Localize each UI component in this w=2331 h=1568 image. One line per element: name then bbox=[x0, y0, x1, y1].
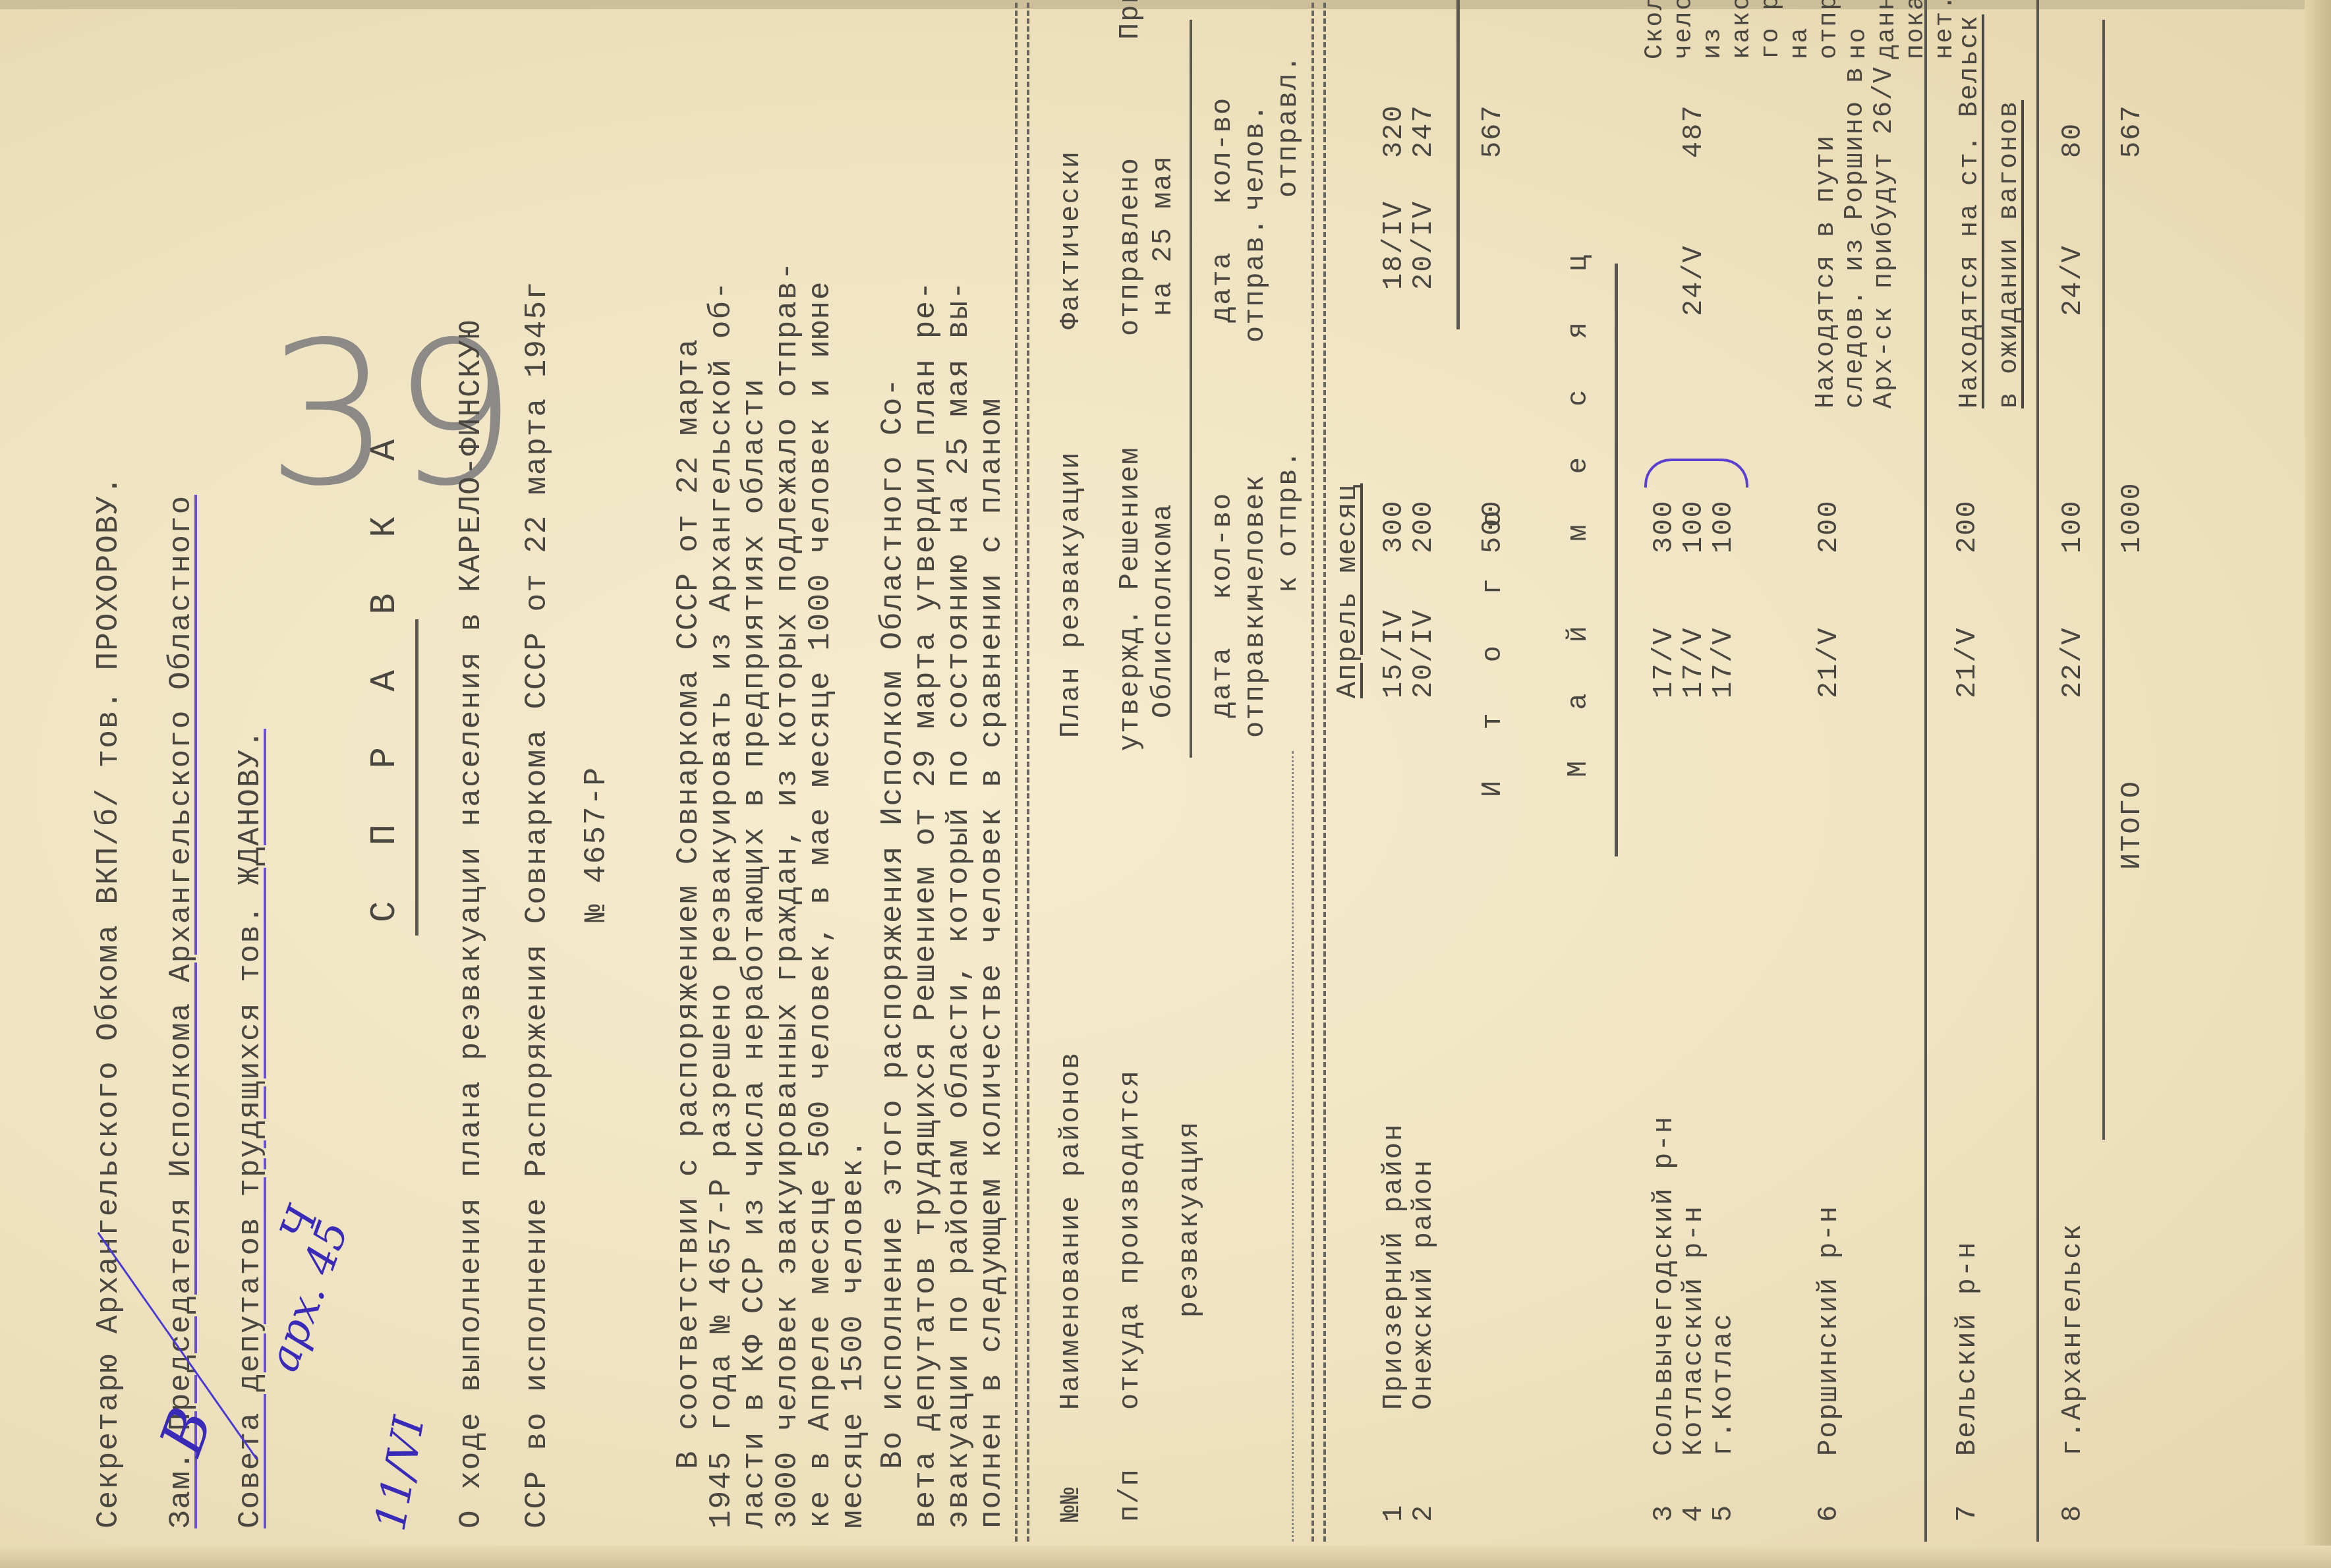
may-row-6-num: 6 bbox=[1812, 1504, 1845, 1522]
april-total-actual: 567 bbox=[1476, 104, 1509, 158]
may-row-8-plan-qty: 100 bbox=[2056, 499, 2089, 553]
document-page: Секретарю Архангельского Обкома ВКП/б/ т… bbox=[0, 0, 2331, 1568]
may-row-4-district: Котласский р-н bbox=[1677, 1205, 1710, 1456]
may-row-7-plan-qty: 200 bbox=[1951, 499, 1984, 553]
violet-brace-annotation bbox=[1644, 459, 1748, 488]
may-total-label: ИТОГО bbox=[2115, 780, 2148, 870]
may-row-3-num: 3 bbox=[1648, 1504, 1681, 1522]
may-row-8-actual-date: 24/V bbox=[2056, 244, 2089, 316]
may-section: М а й м е с я ц 3 Сольвычегодский р-н 17… bbox=[1536, 0, 2326, 1568]
may-total-plan: 1000 bbox=[2115, 482, 2148, 553]
may-section-label: М а й м е с я ц bbox=[1562, 238, 1595, 777]
may-row-6-plan-date: 21/V bbox=[1812, 627, 1845, 698]
may-row-8-num: 8 bbox=[2056, 1504, 2089, 1522]
may-group-actual-date: 24/V bbox=[1677, 244, 1710, 316]
may-row-7-district: Вельский р-н bbox=[1951, 1241, 1984, 1456]
may-row-4-num: 4 bbox=[1677, 1504, 1710, 1522]
may-row-3-district: Сольвычегодский р-н bbox=[1648, 1115, 1681, 1456]
may-row-6-plan-qty: 200 bbox=[1812, 499, 1845, 553]
may-row-7-num: 7 bbox=[1951, 1504, 1984, 1522]
may-row-8-actual-qty: 80 bbox=[2056, 123, 2089, 158]
may-label-rule bbox=[1615, 264, 1618, 856]
april-total-rule bbox=[1456, 0, 1460, 329]
may-total-rule bbox=[2102, 20, 2105, 1140]
may-total-actual: 567 bbox=[2115, 104, 2148, 158]
may-group-actual-qty: 487 bbox=[1677, 104, 1710, 158]
may-row-5-num: 5 bbox=[1707, 1504, 1740, 1522]
may-row-6-rule bbox=[1924, 0, 1927, 1542]
may-row-6-note: Находятся в пути следов. из Роршино в Ар… bbox=[1812, 0, 1899, 408]
may-row-4-plan-qty: 100 bbox=[1677, 499, 1710, 553]
may-row-7-rule bbox=[2036, 0, 2039, 1542]
may-group-note: Сколько человек из како-го р-на отправле… bbox=[1641, 0, 1960, 59]
may-row-8-plan-date: 22/V bbox=[2056, 627, 2089, 698]
may-row-3-plan-qty: 300 bbox=[1648, 499, 1681, 553]
may-row-7-plan-date: 21/V bbox=[1951, 627, 1984, 698]
may-row-3-plan-date: 17/V bbox=[1648, 627, 1681, 698]
may-row-8-district: г.Архангельск bbox=[2056, 1223, 2089, 1456]
may-row-5-district: г.Котлас bbox=[1707, 1312, 1740, 1456]
may-row-6-district: Роршинский р-н bbox=[1812, 1205, 1845, 1456]
may-row-7-note: Находятся на ст. Вельск в ожидании вагон… bbox=[1951, 0, 2030, 408]
may-row-5-plan-date: 17/V bbox=[1707, 627, 1740, 698]
april-total-plan: 500 bbox=[1476, 499, 1509, 553]
may-row-4-plan-date: 17/V bbox=[1677, 627, 1710, 698]
may-row-5-plan-qty: 100 bbox=[1707, 499, 1740, 553]
